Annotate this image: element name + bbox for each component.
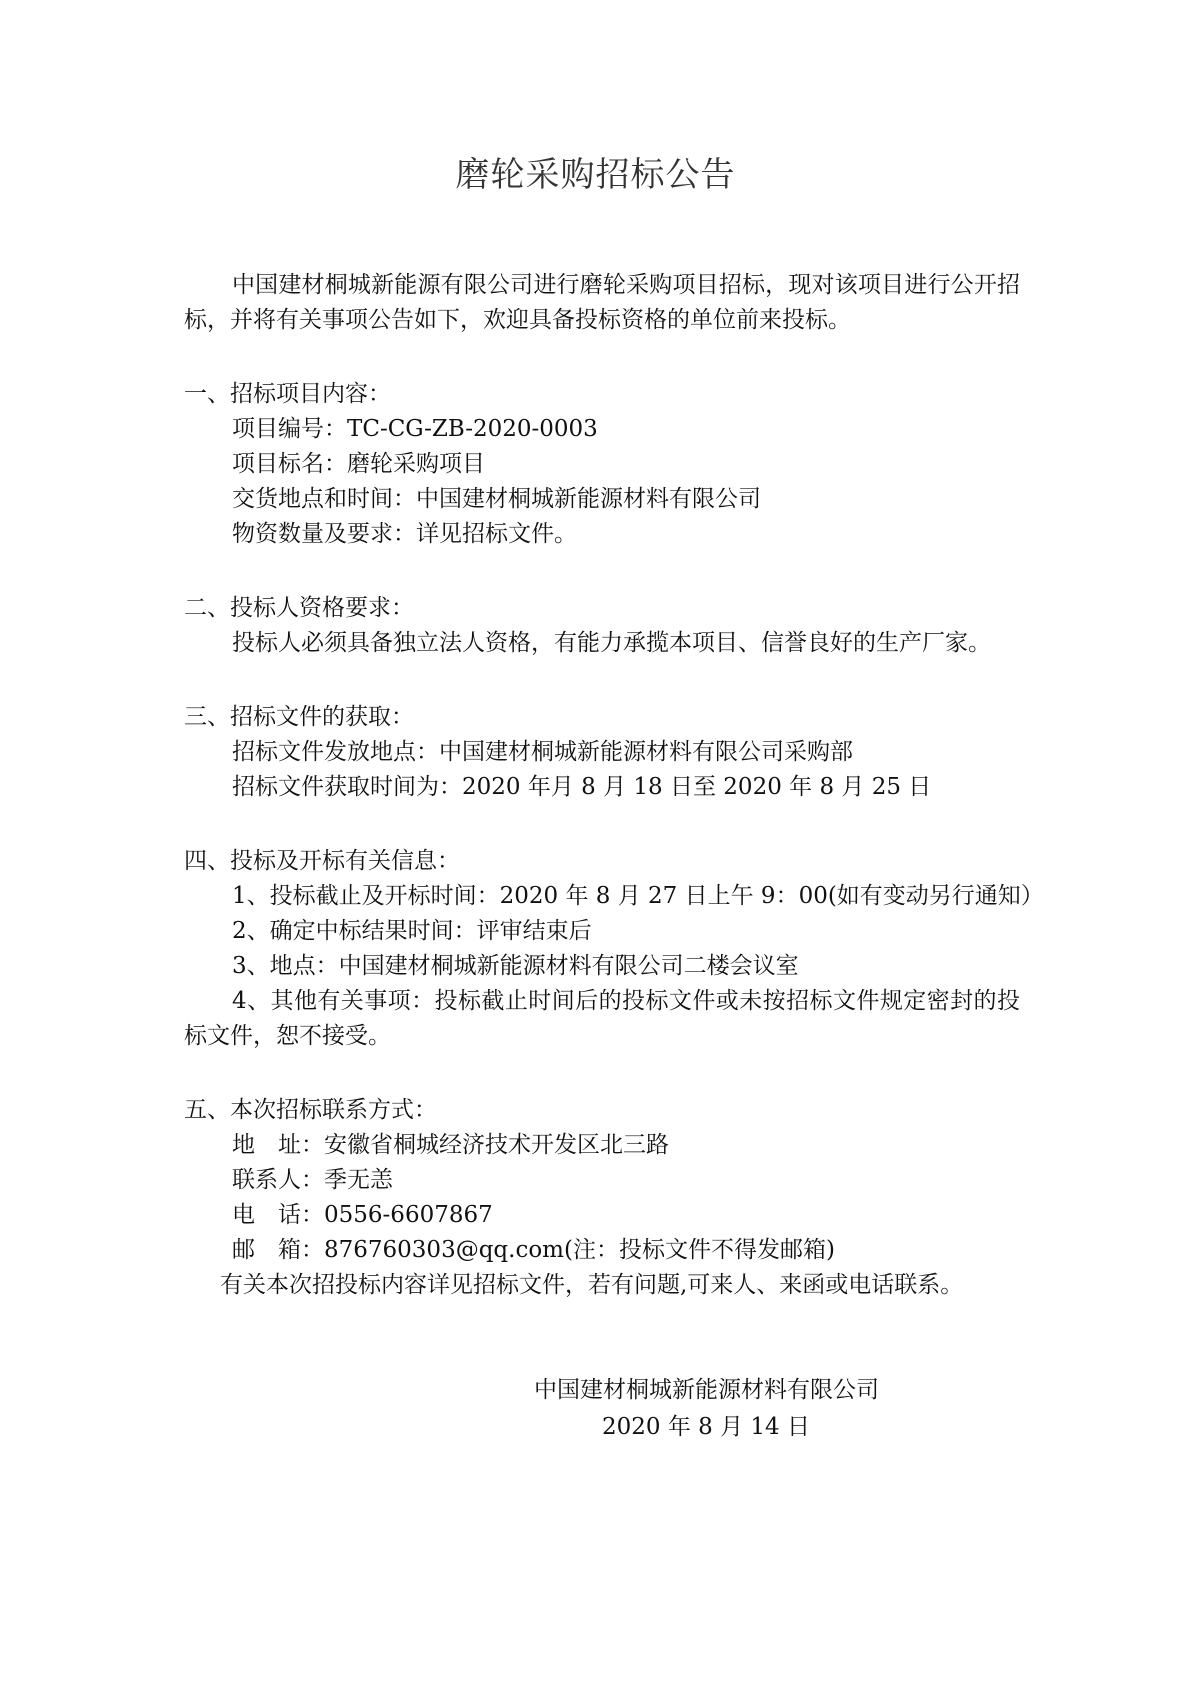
section-bidder-qualification: 二、投标人资格要求： 投标人必须具备独立法人资格，有能力承揽本项目、信誉良好的生… [184,591,1020,661]
document-body: 中国建材桐城新能源有限公司进行磨轮采购项目招标，现对该项目进行公开招标，并将有关… [184,268,1020,1303]
contact-email: 邮 箱：876760303@qq.com(注：投标文件不得发邮箱) [184,1233,1020,1268]
section-heading: 四、投标及开标有关信息： [184,844,1020,879]
section-contact-info: 五、本次招标联系方式： 地 址：安徽省桐城经济技术开发区北三路 联系人：季无恙 … [184,1093,1020,1303]
section-heading: 二、投标人资格要求： [184,591,1020,626]
contact-person: 联系人：季无恙 [184,1163,1020,1198]
section-document-acquisition: 三、招标文件的获取： 招标文件发放地点：中国建材桐城新能源材料有限公司采购部 招… [184,700,1020,805]
award-result-time: 2、确定中标结果时间：评审结束后 [184,914,1020,949]
acquisition-time: 招标文件获取时间为：2020 年月 8 月 18 日至 2020 年 8 月 2… [184,770,1020,805]
section-heading: 五、本次招标联系方式： [184,1093,1020,1128]
contact-phone: 电 话：0556-6607867 [184,1198,1020,1233]
other-matters: 4、其他有关事项：投标截止时间后的投标文件或未按招标文件规定密封的投标文件，恕不… [184,984,1020,1054]
distribution-location: 招标文件发放地点：中国建材桐城新能源材料有限公司采购部 [184,735,1020,770]
delivery-location: 交货地点和时间：中国建材桐城新能源材料有限公司 [184,482,1020,517]
signature-date: 2020 年 8 月 14 日 [534,1409,894,1446]
closing-note: 有关本次招投标内容详见招标文件，若有问题,可来人、来函或电话联系。 [184,1268,1020,1303]
section-heading: 三、招标文件的获取： [184,700,1020,735]
section-heading: 一、招标项目内容： [184,377,1020,412]
qualification-text: 投标人必须具备独立法人资格，有能力承揽本项目、信誉良好的生产厂家。 [184,626,1020,661]
project-number: 项目编号：TC-CG-ZB-2020-0003 [184,412,1020,447]
deadline-and-opening-time: 1、投标截止及开标时间：2020 年 8 月 27 日上午 9：00(如有变动另… [184,879,1020,914]
opening-location: 3、地点：中国建材桐城新能源材料有限公司二楼会议室 [184,949,1020,984]
signature-block: 中国建材桐城新能源材料有限公司 2020 年 8 月 14 日 [534,1372,894,1446]
section-bid-opening-info: 四、投标及开标有关信息： 1、投标截止及开标时间：2020 年 8 月 27 日… [184,844,1020,1054]
intro-paragraph: 中国建材桐城新能源有限公司进行磨轮采购项目招标，现对该项目进行公开招标，并将有关… [184,268,1020,338]
document-title: 磨轮采购招标公告 [0,153,1191,197]
contact-address: 地 址：安徽省桐城经济技术开发区北三路 [184,1128,1020,1163]
section-project-content: 一、招标项目内容： 项目编号：TC-CG-ZB-2020-0003 项目标名：磨… [184,377,1020,552]
project-name: 项目标名：磨轮采购项目 [184,447,1020,482]
material-requirements: 物资数量及要求：详见招标文件。 [184,517,1020,552]
signature-company: 中国建材桐城新能源材料有限公司 [534,1372,894,1409]
